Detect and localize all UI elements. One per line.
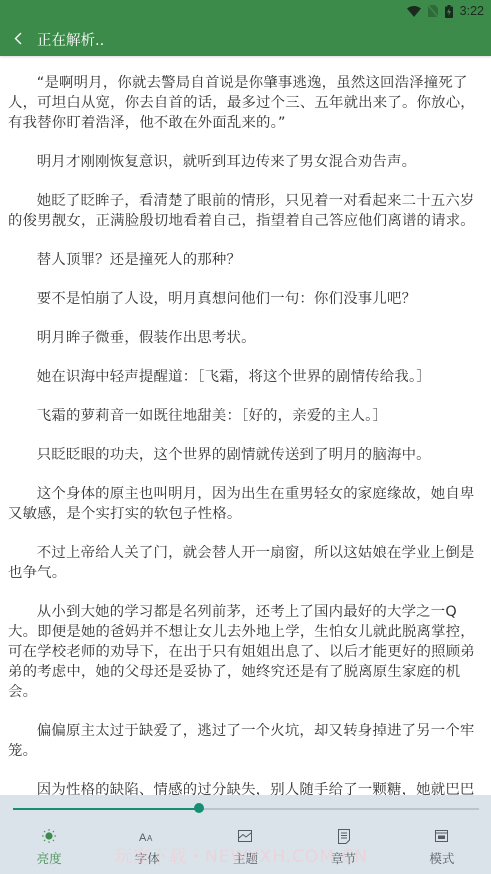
paragraph: 从小到大她的学习都是名列前茅，还考上了国内最好的大学之一Q大。即便是她的爸妈并不… [8, 602, 483, 702]
paragraph: 飞霜的萝莉音一如既往地甜美：［好的，亲爱的主人。］ [8, 406, 483, 426]
paragraph: 偏偏原主太过于缺爱了，逃过了一个火坑，却又转身掉进了另一个牢笼。 [8, 721, 483, 761]
tab-theme[interactable]: 主题 [196, 825, 294, 873]
tab-mode[interactable]: 模式 [393, 825, 491, 873]
no-sim-icon [428, 5, 438, 17]
paragraph: 要不是怕崩了人设，明月真想问他们一句：你们没事儿吧？ [8, 289, 483, 309]
reader-content[interactable]: 明月，你就常常我这回吧，不然我连个大王就空毁了。 “是啊明月，你就去警局自首说是… [0, 45, 491, 795]
tab-chapter[interactable]: 章节 [295, 825, 393, 873]
tab-label: 模式 [429, 849, 454, 867]
paragraph: 她在识海中轻声提醒道：［飞霜，将这个世界的剧情传给我。］ [8, 367, 483, 387]
battery-charging-icon [445, 5, 453, 18]
back-button[interactable] [0, 22, 36, 56]
svg-text:A: A [147, 834, 153, 842]
paragraph: 明月才刚刚恢复意识，就听到耳边传来了男女混合劝告声。 [8, 152, 483, 172]
theme-image-icon [238, 825, 252, 847]
slider-thumb[interactable] [194, 803, 204, 813]
slider-fill [13, 808, 199, 810]
paragraph: 她眨了眨眸子，看清楚了眼前的情形，只见着一对看起来二十五六岁的俊男靓女，正满脸殷… [8, 191, 483, 231]
reader-settings-panel: 亮度 AA 字体 主题 章节 模式 玩家下载・NEWYXH.COM. [0, 795, 491, 874]
svg-text:A: A [139, 832, 147, 842]
chevron-left-icon [14, 30, 22, 49]
sun-icon [42, 825, 56, 847]
tab-label: 字体 [135, 849, 160, 867]
paragraph: 替人顶罪？还是撞死人的那种？ [8, 250, 483, 270]
status-bar: 3:22 [0, 0, 491, 22]
paragraph: “是啊明月，你就去警局自首说是你肇事逃逸，虽然这回浩泽撞死了人，可坦白从宽，你去… [8, 73, 483, 133]
bottom-tab-bar: 亮度 AA 字体 主题 章节 模式 [0, 825, 491, 873]
paragraph: 明月眸子微垂，假装作出思考状。 [8, 328, 483, 348]
mode-window-icon [435, 825, 448, 847]
brightness-slider[interactable] [13, 807, 479, 811]
clock: 3:22 [460, 4, 484, 18]
tab-font[interactable]: AA 字体 [98, 825, 196, 873]
tab-brightness[interactable]: 亮度 [0, 825, 98, 873]
font-size-icon: AA [139, 825, 155, 847]
paragraph: 不过上帝给人关了门，就会替人开一扇窗，所以这姑娘在学业上倒是也争气。 [8, 543, 483, 583]
paragraph: 这个身体的原主也叫明月，因为出生在重男轻女的家庭缘故，她自卑又敏感，是个实打实的… [8, 484, 483, 524]
app-bar: 正在解析.. [0, 22, 491, 56]
tab-label: 主题 [233, 849, 258, 867]
wifi-icon [407, 6, 421, 17]
tab-label: 亮度 [37, 849, 62, 867]
page-title: 正在解析.. [37, 29, 104, 50]
paragraph: 因为性格的缺陷、情感的过分缺失，别人随手给了一颗糖，她就巴巴地把一颗真心给献了上… [8, 780, 483, 795]
tab-label: 章节 [331, 849, 356, 867]
chapter-list-icon [338, 825, 350, 847]
paragraph: 只眨眨眼的功夫，这个世界的剧情就传送到了明月的脑海中。 [8, 445, 483, 465]
